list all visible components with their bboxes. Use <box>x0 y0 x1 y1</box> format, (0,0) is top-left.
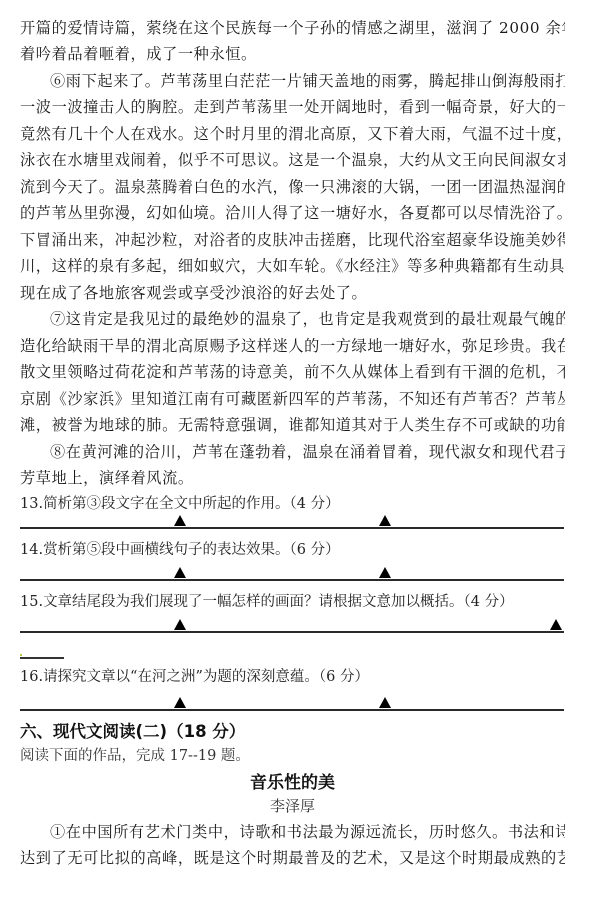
section-heading: 六、现代文阅读(二)（18 分） <box>20 718 245 742</box>
answer-marker-icon <box>174 567 186 578</box>
answer-marker-icon <box>379 567 391 578</box>
question-text: 赏析第⑤段中画横线句子的表达效果。（6 分） <box>43 542 340 558</box>
paragraph-line: 造化给缺雨干旱的渭北高原赐予这样迷人的一方绿地一塘好水，弥足珍贵。我在孙犁的小说 <box>20 336 565 356</box>
question-number: 14. <box>20 542 43 558</box>
paragraph-line: 滩，被誉为地球的肺。无需特意强调，谁都知道其对于人类生存不可或缺的功能。 <box>20 415 565 435</box>
short-answer-line[interactable] <box>20 657 64 659</box>
paragraph-line: 的芦苇丛里弥漫，幻如仙境。洽川人得了这一塘好水，各夏都可以尽情洗浴了。温泉自地 <box>20 203 565 223</box>
paragraph-line: ①在中国所有艺术门类中，诗歌和书法最为源远流长，历时悠久。书法和诗歌同在唐代 <box>20 822 565 842</box>
section-instruction: 阅读下面的作品，完成 17--19 题。 <box>20 744 250 765</box>
question-number: 16. <box>20 669 43 685</box>
paragraph-line: 芳草地上，演绎着风流。 <box>20 468 565 488</box>
article-title: 音乐性的美 <box>20 768 565 793</box>
answer-line[interactable] <box>20 527 564 529</box>
paragraph-line: 达到了无可比拟的高峰，既是这个时期最普及的艺术，又是这个时期最成熟的艺术。正如工 <box>20 848 565 868</box>
answer-marker-icon <box>550 619 562 630</box>
answer-line[interactable] <box>20 709 564 711</box>
question-text: 请探究文章以“在河之洲”为题的深刻意蕴。（6 分） <box>43 669 369 685</box>
answer-line[interactable] <box>20 631 564 633</box>
paragraph-line: 着吟着品着咂着，成了一种永恒。 <box>20 44 565 64</box>
question-number: 15. <box>20 594 43 610</box>
paragraph-line: 散文里领略过荷花淀和芦苇荡的诗意美，前不久从媒体上看到有干涸的危机，不免扼腕；从 <box>20 362 565 382</box>
question-16: 16.请探究文章以“在河之洲”为题的深刻意蕴。（6 分） <box>20 667 565 687</box>
question-text: 简析第③段文字在全文中所起的作用。（4 分） <box>43 496 340 512</box>
paragraph-line: ⑦这肯定是我见过的最绝妙的温泉了，也肯定是我观赏到的最壮观最气魄的芦苇荡了， <box>20 309 565 329</box>
question-14: 14.赏析第⑤段中画横线句子的表达效果。（6 分） <box>20 540 565 560</box>
paragraph-line: 下冒涌出来，冲起沙粒，对浴者的皮肤冲击搓磨，比现代浴室超豪华设施美妙得远了。在洽 <box>20 230 565 250</box>
answer-marker-icon <box>174 697 186 708</box>
paragraph-line: 一波一波撞击人的胸腔。走到芦苇荡里一处开阔地时，看到一幅奇景，好大的一个水塘里， <box>20 97 565 117</box>
question-15: 15.文章结尾段为我们展现了一幅怎样的画面？请根据文意加以概括。（4 分） <box>20 592 565 612</box>
question-number: 13. <box>20 496 43 512</box>
paragraph-line: 流到今天了。温泉蒸腾着白色的水汽，像一只沸滚的大锅，一团一团温热湿润的水汽向四周 <box>20 177 565 197</box>
paragraph-line: 泳衣在水塘里戏闹着，似乎不可思议。这是一个温泉，大约从文王向民间淑女求爱之前就涌 <box>20 150 565 170</box>
answer-marker-icon <box>174 515 186 526</box>
answer-line[interactable] <box>20 579 564 581</box>
paragraph-line: 京剧《沙家浜》里知道江南有可藏匿新四军的芦苇荡，不知还有芦苇否？芦苇丛生的湿地沙 <box>20 389 565 409</box>
question-text: 文章结尾段为我们展现了一幅怎样的画面？请根据文意加以概括。（4 分） <box>43 594 514 610</box>
answer-marker-icon <box>379 515 391 526</box>
article-author: 李泽厚 <box>20 795 565 816</box>
paragraph-line: 竟然有几十个人在戏水。这个时月里的渭北高原，又下着大雨，气温不过十度，那些人只穿 <box>20 124 565 144</box>
paragraph-line: 开篇的爱情诗篇，萦绕在这个民族每一个子孙的情感之湖里，滋润了 2000 余年，依… <box>20 18 565 38</box>
paragraph-line: 川，这样的泉有多起，细如蚁穴，大如车轮。《水经注》等多种典籍都有生动具体的描绘。 <box>20 256 565 276</box>
stray-mark <box>20 654 22 656</box>
paragraph-line: ⑧在黄河滩的洽川，芦苇在蓬勃着，温泉在涌着冒着，现代淑女和现代君子，在这一方 <box>20 442 565 462</box>
question-13: 13.简析第③段文字在全文中所起的作用。（4 分） <box>20 494 565 514</box>
answer-marker-icon <box>174 619 186 630</box>
answer-marker-icon <box>379 697 391 708</box>
paragraph-line: ⑥雨下起来了。芦苇荡里白茫茫一片铺天盖地的雨雾，腾起排山倒海般雨打苇叶的啸声， <box>20 71 565 91</box>
paragraph-line: 现在成了各地旅客观尝或享受沙浪浴的好去处了。 <box>20 283 565 303</box>
